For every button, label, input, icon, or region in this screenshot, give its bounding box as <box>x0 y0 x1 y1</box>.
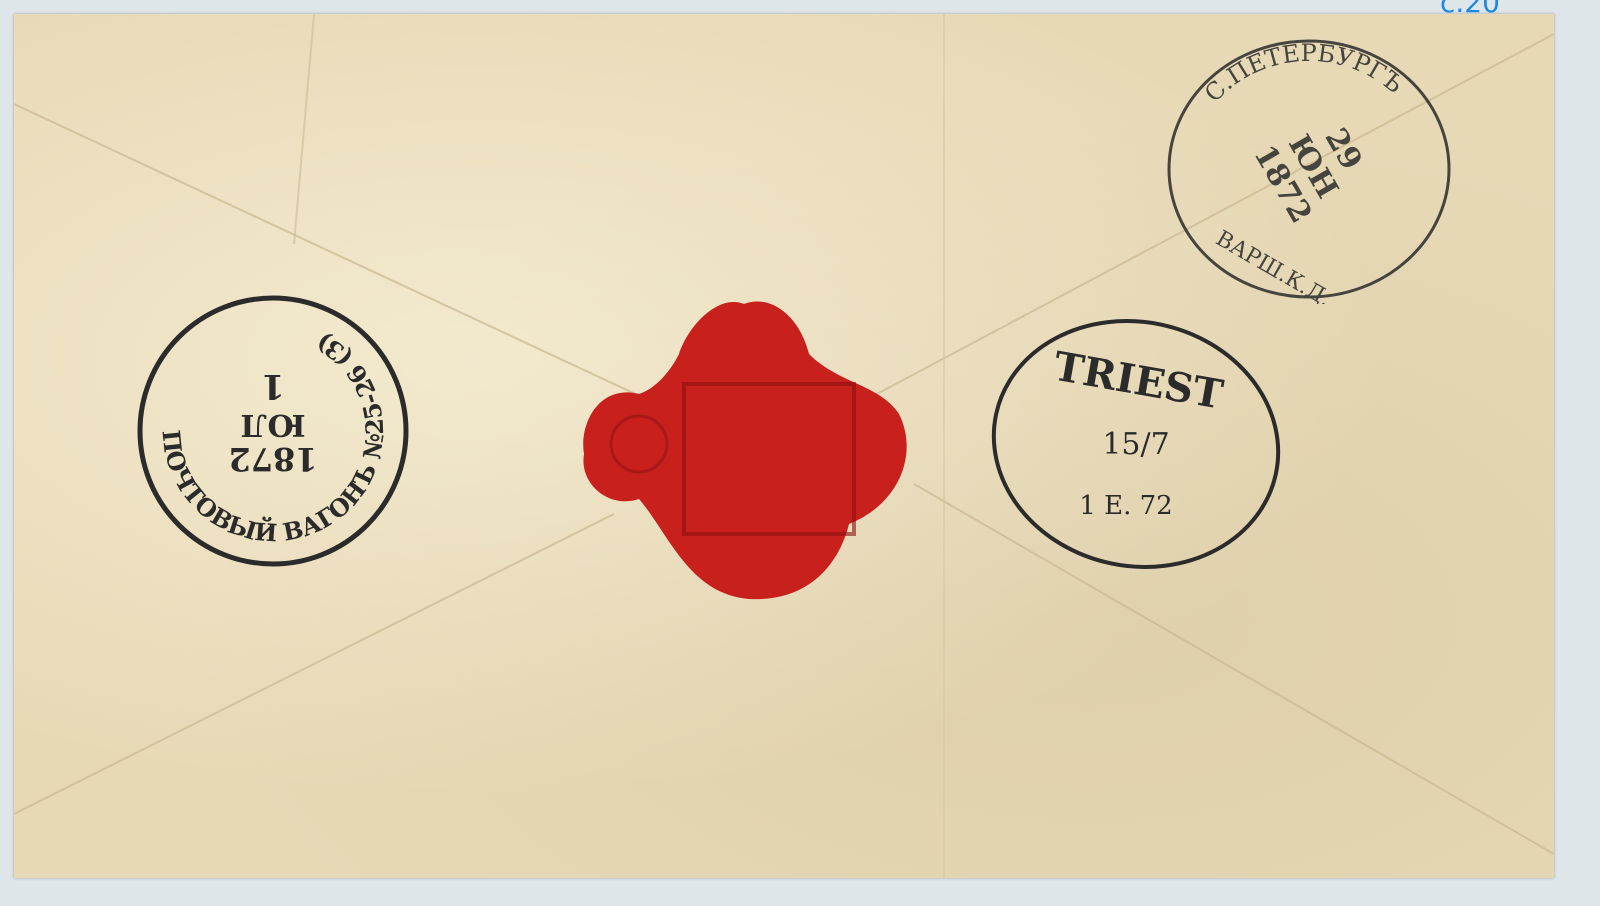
svg-text:1872: 1872 <box>228 440 317 478</box>
envelope-back: 1872 ЮЛ 1 ПОЧТОВЫЙ ВАГОНЪ №25-26 (3) 29 … <box>14 14 1554 878</box>
svg-text:1 E. 72: 1 E. 72 <box>1079 491 1172 521</box>
svg-text:1: 1 <box>261 366 285 406</box>
st-petersburg-postmark: 29 ЮН 1872 С.ПЕТЕРБУРГЪ ВАРШ.К.Д. <box>1164 34 1454 304</box>
svg-text:TRIEST: TRIEST <box>1050 343 1227 419</box>
wax-seal <box>579 294 919 604</box>
triest-postmark: TRIEST 15/7 1 E. 72 <box>986 314 1286 574</box>
svg-text:С.ПЕТЕРБУРГЪ: С.ПЕТЕРБУРГЪ <box>1199 39 1408 108</box>
svg-text:15/7: 15/7 <box>1102 427 1169 462</box>
railway-postmark: 1872 ЮЛ 1 ПОЧТОВЫЙ ВАГОНЪ №25-26 (3) <box>134 292 412 570</box>
svg-text:ЮЛ: ЮЛ <box>240 407 305 442</box>
pen-annotation: c.20 <box>1440 0 1500 19</box>
